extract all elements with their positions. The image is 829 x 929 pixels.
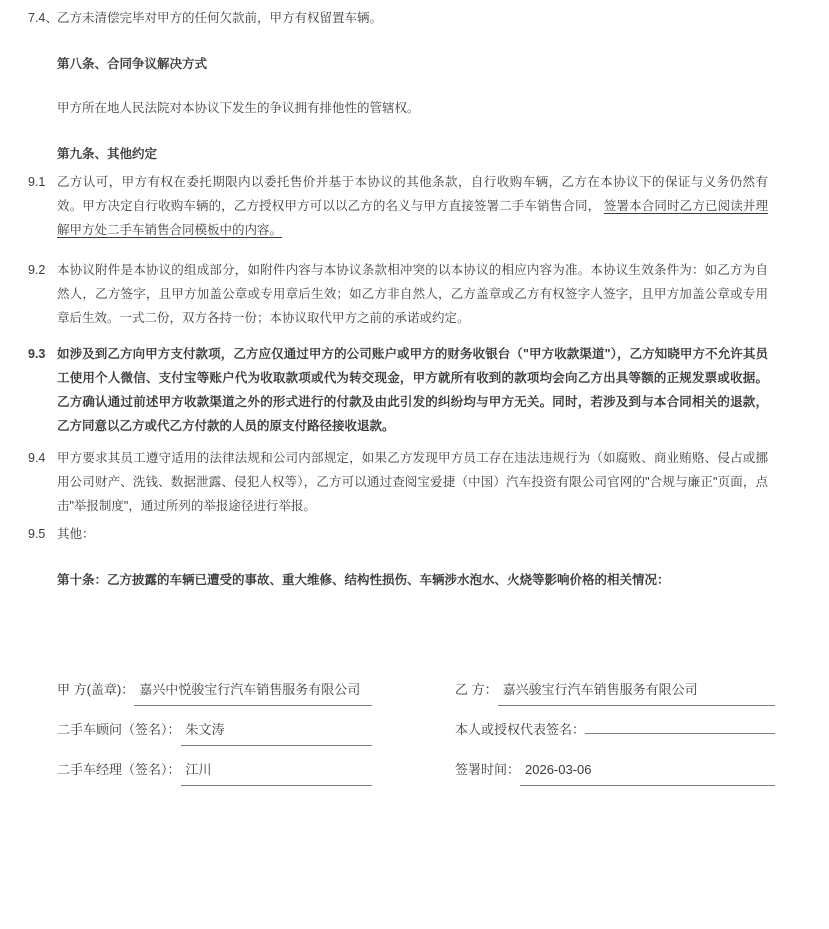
clause-7-4: 7.4、 乙方未清偿完毕对甲方的任何欠款前，甲方有权留置车辆。 [28,6,768,30]
clause-text: 乙方未清偿完毕对甲方的任何欠款前，甲方有权留置车辆。 [57,6,768,30]
sign-date-value: 2026-03-06 [520,758,775,786]
signature-row-party-a: 甲 方(盖章)： 嘉兴中悦骏宝行汽车销售服务有限公司 [57,678,372,702]
clause-9-1: 9.1 乙方认可，甲方有权在委托期限内以委托售价并基于本协议的其他条款，自行收购… [28,170,768,242]
clause-9-2: 9.2 本协议附件是本协议的组成部分，如附件内容与本协议条款相冲突的以本协议的相… [28,258,768,330]
clause-9-4: 9.4 甲方要求其员工遵守适用的法律法规和公司内部规定，如果乙方发现甲方员工存在… [28,446,768,518]
clause-number: 9.1 [28,170,57,242]
clause-text: 其他： [57,522,768,546]
clause-9-5: 9.5 其他： [28,522,768,546]
clause-number: 7.4、 [28,6,57,30]
signature-row-manager: 二手车经理（签名）： 江川 [57,758,372,782]
manager-signature: 江川 [181,758,372,786]
sign-date-label: 签署时间： [455,758,520,782]
signature-row-sign-date: 签署时间： 2026-03-06 [455,758,775,782]
clause-number: 9.4 [28,446,57,518]
signature-row-consultant: 二手车顾问（签名）： 朱文涛 [57,718,372,742]
clause-text: 乙方认可，甲方有权在委托期限内以委托售价并基于本协议的其他条款，自行收购车辆，乙… [57,170,768,242]
clause-number: 9.5 [28,522,57,546]
consultant-signature: 朱文涛 [181,718,372,746]
signature-row-authorized-rep: 本人或授权代表签名： [455,718,775,742]
clause-text: 甲方要求其员工遵守适用的法律法规和公司内部规定，如果乙方发现甲方员工存在违法违规… [57,446,768,518]
clause-number: 9.3 [28,342,57,438]
signature-row-party-b: 乙 方： 嘉兴骏宝行汽车销售服务有限公司 [455,678,775,702]
section-10-heading: 第十条：乙方披露的车辆已遭受的事故、重大维修、结构性损伤、车辆涉水泡水、火烧等影… [57,568,768,592]
section-8-heading: 第八条、合同争议解决方式 [57,52,768,76]
consultant-label: 二手车顾问（签名）： [57,718,181,742]
party-b-label: 乙 方： [455,678,498,702]
clause-9-3: 9.3 如涉及到乙方向甲方支付款项，乙方应仅通过甲方的公司账户或甲方的财务收银台… [28,342,768,438]
party-a-value: 嘉兴中悦骏宝行汽车销售服务有限公司 [134,678,372,706]
clause-text: 如涉及到乙方向甲方支付款项，乙方应仅通过甲方的公司账户或甲方的财务收银台（"甲方… [57,342,768,438]
party-a-label: 甲 方(盖章)： [57,678,134,702]
party-b-value: 嘉兴骏宝行汽车销售服务有限公司 [498,678,775,706]
authorized-rep-signature [585,730,775,734]
signature-column-party-a: 甲 方(盖章)： 嘉兴中悦骏宝行汽车销售服务有限公司 二手车顾问（签名）： 朱文… [57,678,372,798]
clause-text: 本协议附件是本协议的组成部分，如附件内容与本协议条款相冲突的以本协议的相应内容为… [57,258,768,330]
section-8-body: 甲方所在地人民法院对本协议下发生的争议拥有排他性的管辖权。 [57,96,768,120]
section-9-heading: 第九条、其他约定 [57,142,768,166]
signature-block: 甲 方(盖章)： 嘉兴中悦骏宝行汽车销售服务有限公司 二手车顾问（签名）： 朱文… [57,678,829,798]
clause-number: 9.2 [28,258,57,330]
signature-column-party-b: 乙 方： 嘉兴骏宝行汽车销售服务有限公司 本人或授权代表签名： 签署时间： 20… [455,678,775,798]
contract-page: 7.4、 乙方未清偿完毕对甲方的任何欠款前，甲方有权留置车辆。 第八条、合同争议… [0,0,829,929]
manager-label: 二手车经理（签名）： [57,758,181,782]
authorized-rep-label: 本人或授权代表签名： [455,718,585,742]
